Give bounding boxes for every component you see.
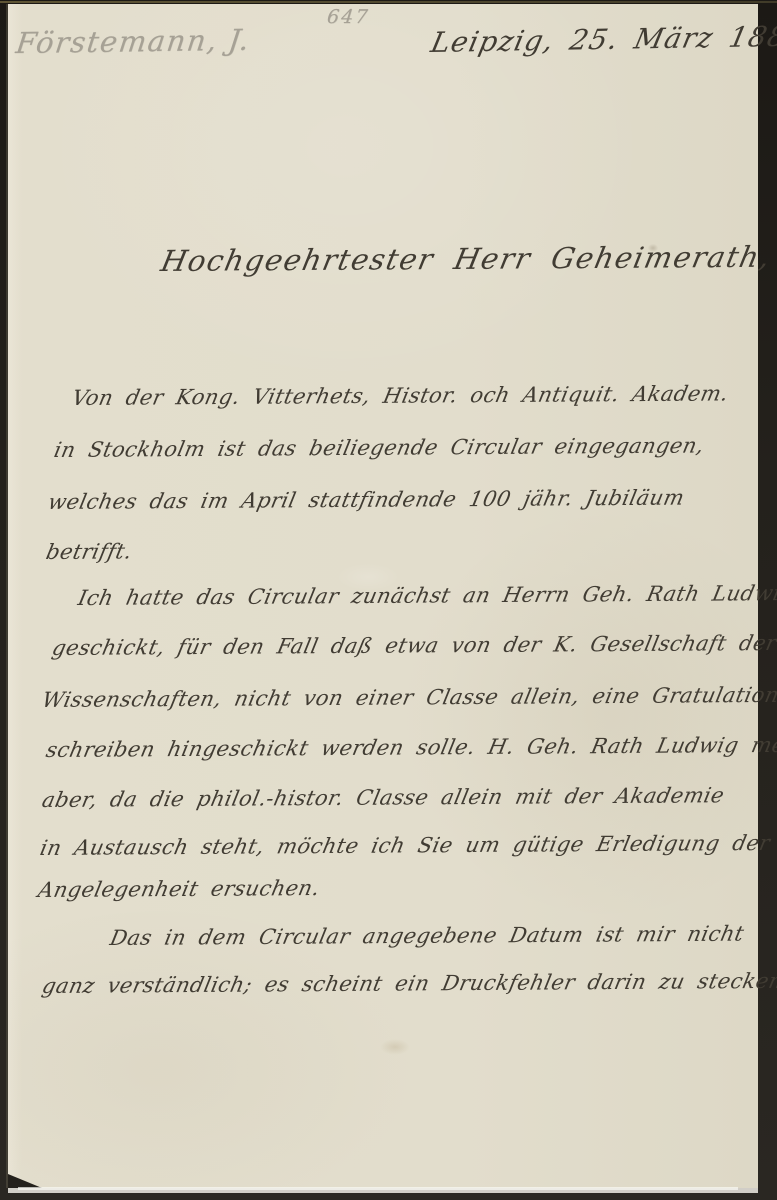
letter-page: Förstemann, J. 647 Leipzig, 25. März 188… [8, 4, 758, 1188]
body-line: welches das im April stattfindende 100 j… [46, 486, 687, 514]
pencil-number-annotation: 647 [326, 6, 371, 28]
body-line: Das in dem Circular angegebene Datum ist… [108, 922, 746, 950]
body-line: ganz verständlich; es scheint ein Druckf… [40, 969, 777, 998]
scan-background: Förstemann, J. 647 Leipzig, 25. März 188… [0, 0, 777, 1200]
paper-corner-cut [8, 1174, 42, 1188]
body-line: Angelegenheit ersuchen. [36, 876, 322, 902]
body-line: Ich hatte das Circular zunächst an Herrn… [76, 581, 777, 610]
body-line: betrifft. [44, 539, 134, 564]
body-line: Von der Kong. Vitterhets, Histor. och An… [70, 381, 731, 410]
scan-top-edge [0, 1, 777, 3]
body-line: in Stockholm ist das beiliegende Circula… [52, 433, 706, 462]
salutation: Hochgeehrtester Herr Geheimerath, [158, 240, 774, 278]
body-line: Wissenschaften, nicht von einer Classe a… [40, 683, 777, 712]
paper-stain [380, 1039, 410, 1055]
body-line: aber, da die philol.-histor. Classe alle… [40, 783, 727, 812]
body-line: in Austausch steht, möchte ich Sie um gü… [38, 831, 772, 860]
body-line: schreiben hingeschickt werden solle. H. … [44, 733, 777, 762]
body-line: geschickt, für den Fall daß etwa von der… [50, 631, 777, 660]
pencil-owner-annotation: Förstemann, J. [14, 23, 252, 60]
dateline: Leipzig, 25. März 1886 [428, 19, 777, 59]
